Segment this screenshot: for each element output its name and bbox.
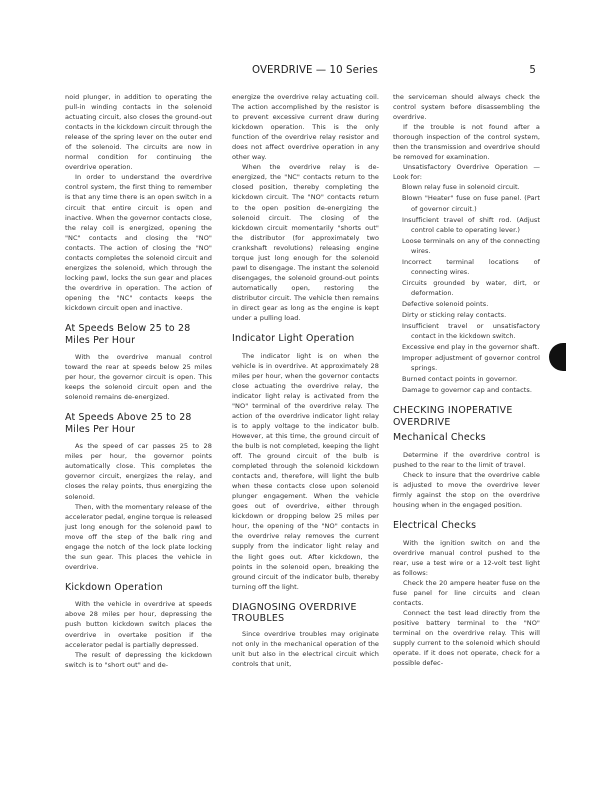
- paragraph: With the overdrive manual control toward…: [65, 352, 212, 402]
- list-item: Dirty or sticking relay contacts.: [393, 310, 540, 320]
- list-item: Loose terminals on any of the connecting…: [393, 236, 540, 256]
- paragraph: Unsatisfactory Overdrive Operation — Loo…: [393, 162, 540, 182]
- paragraph: As the speed of car passes 25 to 28 mile…: [65, 441, 212, 501]
- section-heading-mechanical: Mechanical Checks: [393, 432, 540, 444]
- column-right: the serviceman should always check the c…: [393, 92, 540, 668]
- paragraph: Check the 20 ampere heater fuse on the f…: [393, 578, 540, 608]
- paragraph: The indicator light is on when the vehic…: [232, 351, 379, 592]
- paragraph: With the ignition switch on and the over…: [393, 538, 540, 578]
- list-item: Burned contact points in governor.: [393, 374, 540, 384]
- paragraph: the serviceman should always check the c…: [393, 92, 540, 122]
- list-item: Insufficient travel or unsatisfactory co…: [393, 321, 540, 341]
- paragraph: The result of depressing the kickdown sw…: [65, 650, 212, 670]
- section-heading-below-25: At Speeds Below 25 to 28 Miles Per Hour: [65, 323, 212, 346]
- list-item: Circuits grounded by water, dirt, or def…: [393, 278, 540, 298]
- paragraph: If the trouble is not found after a thor…: [393, 122, 540, 162]
- running-header: OVERDRIVE — 10 Series 5: [252, 65, 536, 79]
- paragraph: Since overdrive troubles may originate n…: [232, 629, 379, 669]
- section-heading-kickdown: Kickdown Operation: [65, 582, 212, 594]
- column-left: noid plunger, in addition to operating t…: [65, 92, 212, 670]
- paragraph: Then, with the momentary release of the …: [65, 502, 212, 572]
- column-middle: energize the overdrive relay actuating c…: [232, 92, 379, 669]
- paragraph: In order to understand the overdrive con…: [65, 172, 212, 313]
- header-title: OVERDRIVE — 10 Series: [252, 65, 378, 76]
- list-item: Insufficient travel of shift rod. (Adjus…: [393, 215, 540, 235]
- section-heading-indicator: Indicator Light Operation: [232, 333, 379, 345]
- page-number: 5: [529, 65, 536, 76]
- list-item: Damage to governor cap and contacts.: [393, 385, 540, 395]
- list-item: Excessive end play in the governor shaft…: [393, 342, 540, 352]
- list-item: Blown relay fuse in solenoid circuit.: [393, 182, 540, 192]
- section-heading-checking-inoperative: CHECKING INOPERATIVE OVERDRIVE: [393, 405, 540, 428]
- paragraph: noid plunger, in addition to operating t…: [65, 92, 212, 172]
- paragraph: Check to insure that the overdrive cable…: [393, 470, 540, 510]
- paragraph: Connect the test lead directly from the …: [393, 608, 540, 668]
- list-item: Incorrect terminal locations of connecti…: [393, 257, 540, 277]
- section-heading-above-25: At Speeds Above 25 to 28 Miles Per Hour: [65, 412, 212, 435]
- look-for-list: Blown relay fuse in solenoid circuit. Bl…: [393, 182, 540, 395]
- paragraph: Determine if the overdrive control is pu…: [393, 450, 540, 470]
- section-heading-electrical: Electrical Checks: [393, 520, 540, 532]
- section-tab-marker: [549, 343, 566, 371]
- list-item: Improper adjustment of governor control …: [393, 353, 540, 373]
- section-heading-diagnosing: DIAGNOSING OVERDRIVE TROUBLES: [232, 602, 379, 625]
- paragraph: When the overdrive relay is de-energized…: [232, 162, 379, 323]
- list-item: Defective solenoid points.: [393, 299, 540, 309]
- paragraph: With the vehicle in overdrive at speeds …: [65, 599, 212, 649]
- paragraph: energize the overdrive relay actuating c…: [232, 92, 379, 162]
- list-item: Blown "Heater" fuse on fuse panel. (Part…: [393, 193, 540, 213]
